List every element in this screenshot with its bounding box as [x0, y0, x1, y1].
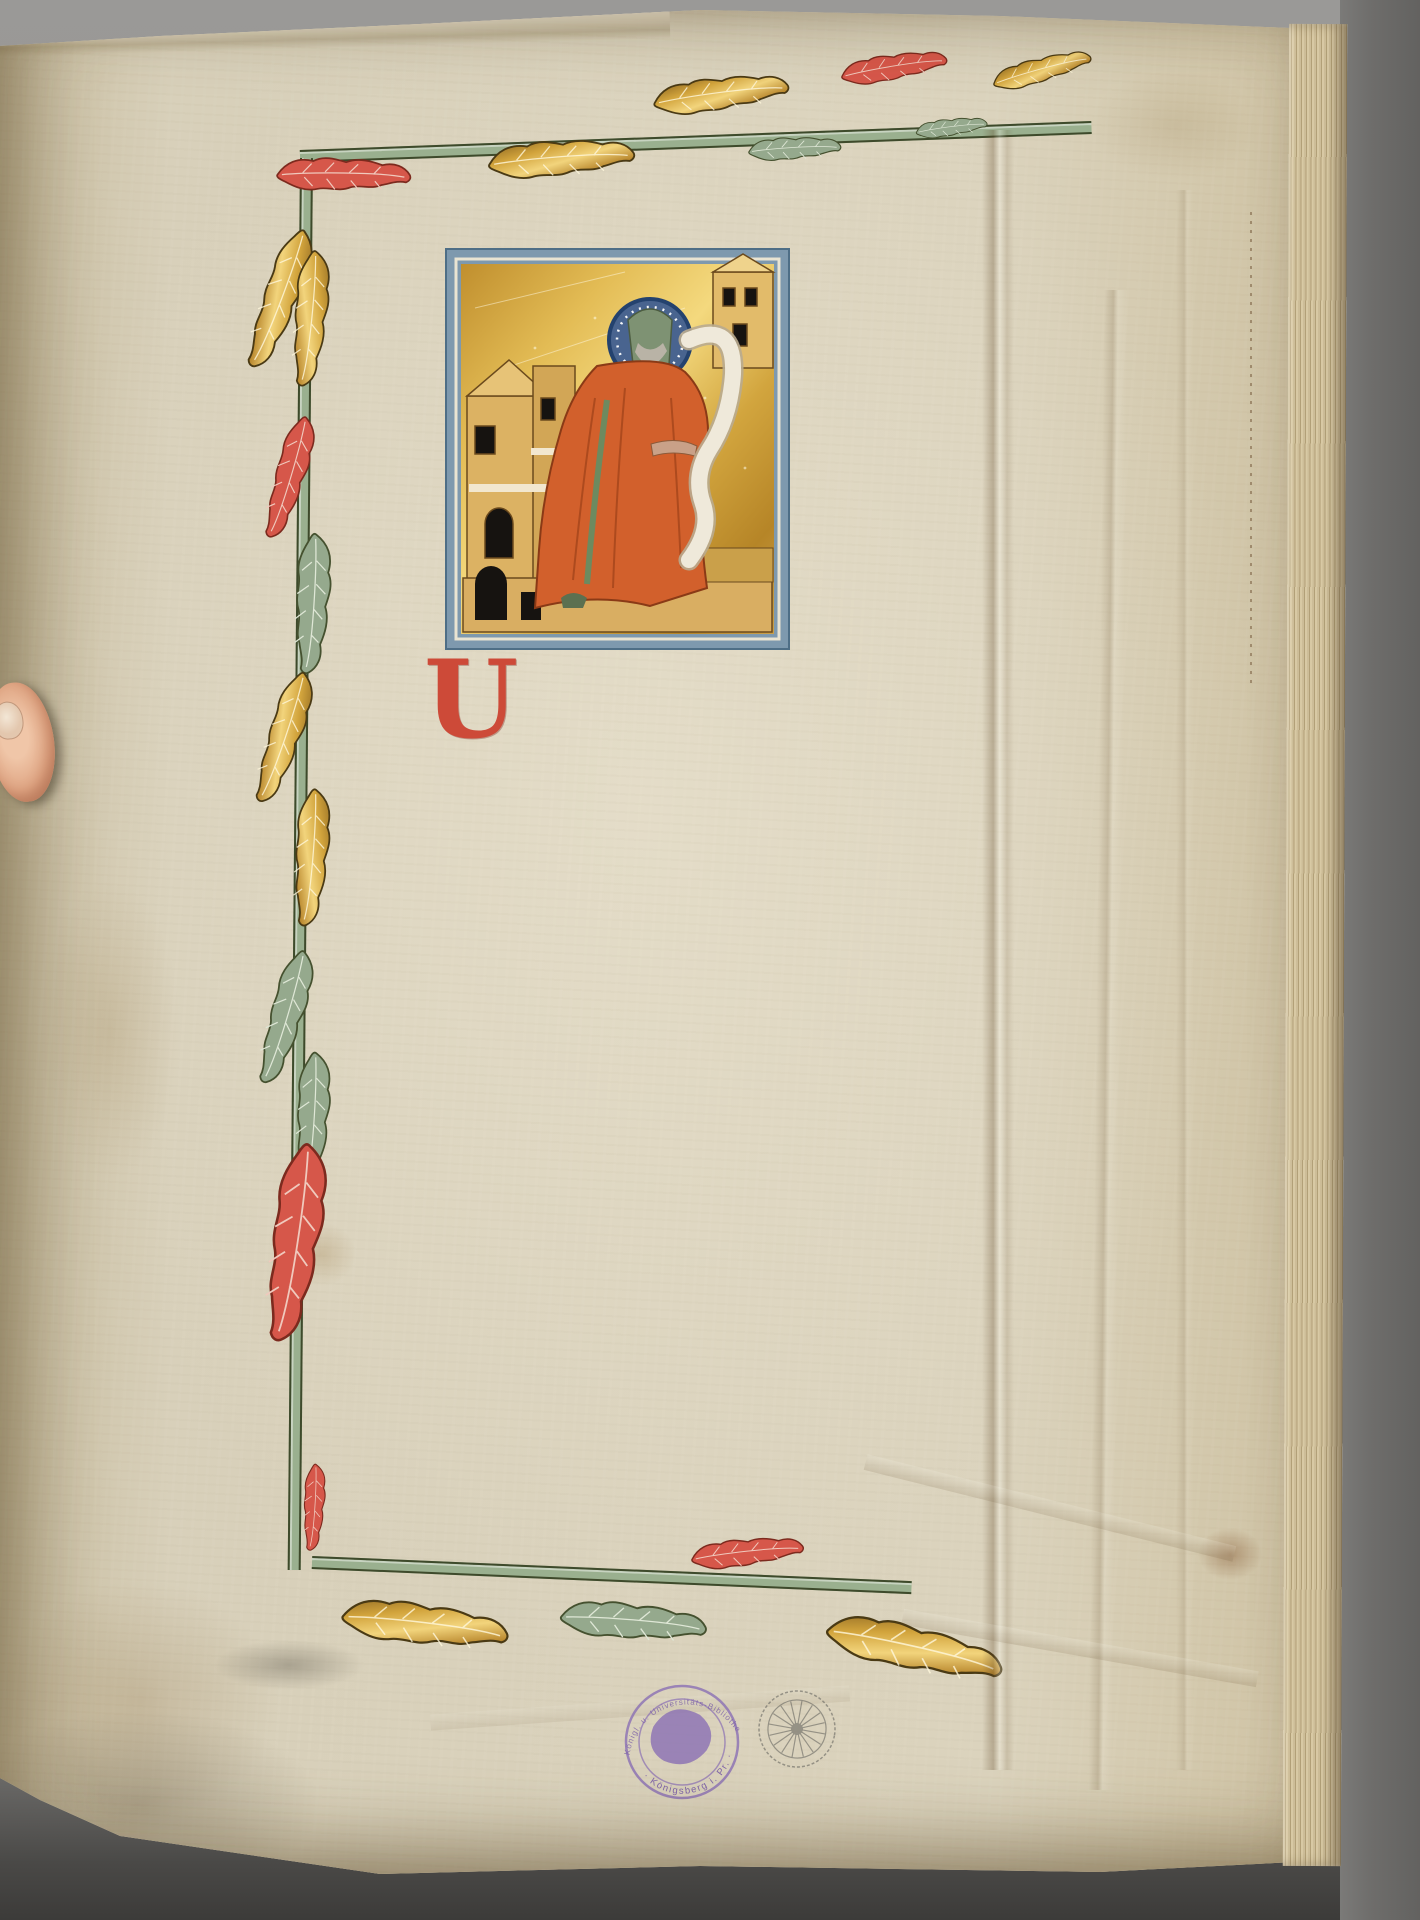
library-stamp-purple: Königl. u. Universitäts-Bibliothek · Kön…: [600, 1667, 765, 1817]
gold-leaf-ornament: [236, 663, 327, 810]
parchment-page: U ndir allen den wiezsagendie von der ge…: [0, 0, 1420, 1920]
manuscript-photo: U ndir allen den wiezsagendie von der ge…: [0, 0, 1420, 1920]
red-leaf-ornament: [838, 43, 952, 94]
green-leaf-ornament: [239, 942, 327, 1091]
stain: [40, 880, 180, 1180]
green-leaf-ornament: [555, 1592, 711, 1657]
red-leaf-ornament: [688, 1530, 807, 1578]
gold-leaf-ornament: [988, 42, 1097, 100]
gold-leaf-ornament: [336, 1588, 514, 1667]
red-leaf-ornament: [247, 409, 327, 546]
gold-leaf-ornament: [279, 785, 340, 931]
vine-border-bottom: [312, 1556, 912, 1594]
wrinkle: [901, 1609, 1258, 1687]
prophet-isaiah-miniature: [445, 248, 790, 650]
book-fore-edge: [1283, 24, 1347, 1866]
green-leaf-ornament: [280, 529, 339, 678]
initial-U: U: [424, 650, 510, 762]
vine-border-left: [288, 158, 313, 1570]
gold-leaf-ornament: [227, 220, 329, 377]
pencil-dotted-line: [1250, 212, 1252, 684]
wrinkle: [864, 1454, 1237, 1561]
stain: [1090, 70, 1260, 180]
gold-leaf-ornament: [650, 66, 794, 126]
vine-border-top: [300, 121, 1092, 163]
parchment-fold: [1088, 290, 1128, 1790]
page-corner-shadow: [0, 1710, 320, 1900]
photo-background: [1340, 0, 1420, 1920]
parchment-fold: [982, 130, 1014, 1770]
page-top-curl: [0, 9, 670, 58]
thumbnail: [0, 700, 25, 741]
ink-smudge: [214, 1640, 364, 1690]
embossed-round-stamp: [745, 1677, 849, 1781]
